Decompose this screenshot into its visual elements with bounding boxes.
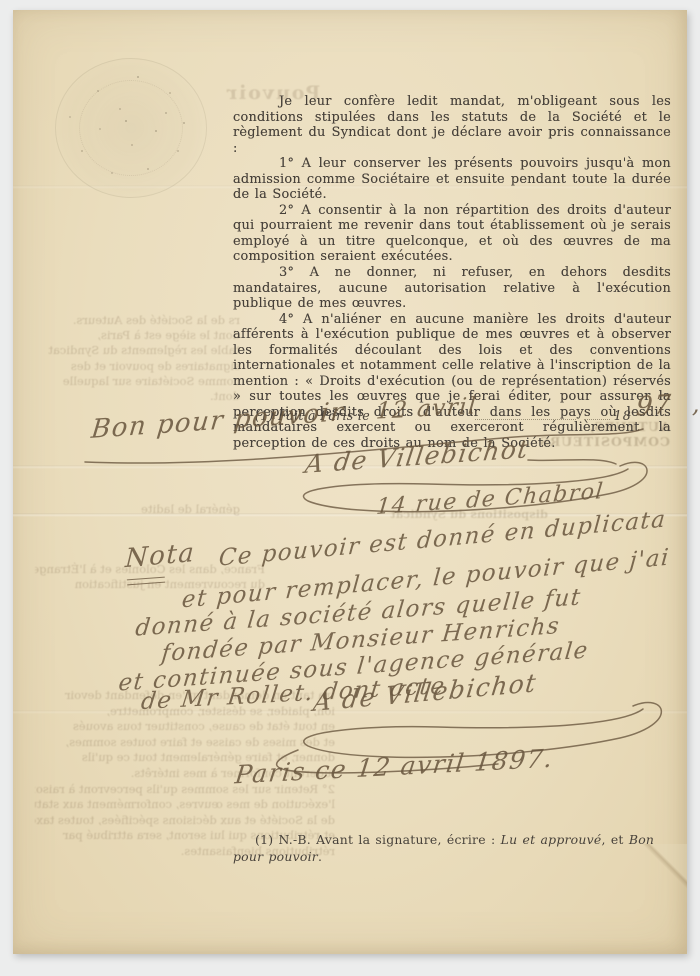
printed-paragraph-intro: Je leur confère ledit mandat, m'obligean… xyxy=(233,94,671,156)
bleed-line: et des mises de caisse et faire toutes s… xyxy=(35,735,335,751)
nota-label: Nota xyxy=(124,538,196,574)
embossed-seal-stamp xyxy=(55,58,207,198)
handwritten-year: 97 xyxy=(635,390,673,423)
stamp-inner-ring xyxy=(79,80,183,176)
printed-paragraph-clause4: 4° A n'aliéner en aucune manière les dro… xyxy=(233,312,671,452)
bleedthrough-block-left-upper: rs de la Société des Auteurs. dont le si… xyxy=(35,313,240,404)
nota-double-underline xyxy=(127,577,165,586)
printed-paragraph-clause3: 3° A ne donner, ni refuser, en dehors de… xyxy=(233,265,671,312)
footnote-text: . xyxy=(318,849,322,864)
handwritten-flourish-mark: , xyxy=(692,390,700,418)
dotted-leader xyxy=(475,407,576,420)
bleed-line: dont. xyxy=(35,389,240,404)
stamp-speckles xyxy=(125,120,127,122)
footnote-text: , et xyxy=(601,832,628,847)
bleed-line: table les règlements du Syndicat xyxy=(35,343,240,358)
scanned-document-background: { "doc": { "paragraphs": [ "Je leur conf… xyxy=(0,0,700,976)
printed-paragraph-clause1: 1° A leur conserver les présents pouvoir… xyxy=(233,156,671,203)
handwritten-day: 12 avril xyxy=(375,393,478,424)
bleed-line: rs de la Société des Auteurs. xyxy=(35,313,240,328)
printed-paragraph-clause2: 2° A consentir à la non répartition des … xyxy=(233,203,671,265)
document-page: Pouvoir rs de la Société des Auteurs. do… xyxy=(13,10,687,954)
date-line-printed-year: 18 xyxy=(614,408,632,423)
bleed-line: dont le siège est à Paris, xyxy=(35,328,240,343)
bleed-line: de la Société et aux décisions spécifiée… xyxy=(35,813,335,829)
footnote-text: (1) N.-B. Avant la signature, écrire : xyxy=(255,832,501,847)
bleed-line: général de ladite xyxy=(35,502,240,517)
handwritten-date-note: Paris ce 12 avril 1897. xyxy=(233,744,555,790)
dotted-leader xyxy=(584,407,610,420)
bleed-line: l'exécution de mes œuvres, conformément … xyxy=(35,797,335,813)
bleed-line: signataires de pouvoir et des xyxy=(35,359,240,374)
printed-footnote: (1) N.-B. Avant la signature, écrire : L… xyxy=(233,832,673,865)
bleed-line: en tout état de cause, constituer tous a… xyxy=(35,719,335,735)
bleedthrough-block-left-mid-a: général de ladite xyxy=(35,502,240,517)
bleed-line: comme Sociétaire sur laquelle xyxy=(35,374,240,389)
footnote-italic-lu: Lu et approuvé xyxy=(501,832,602,847)
